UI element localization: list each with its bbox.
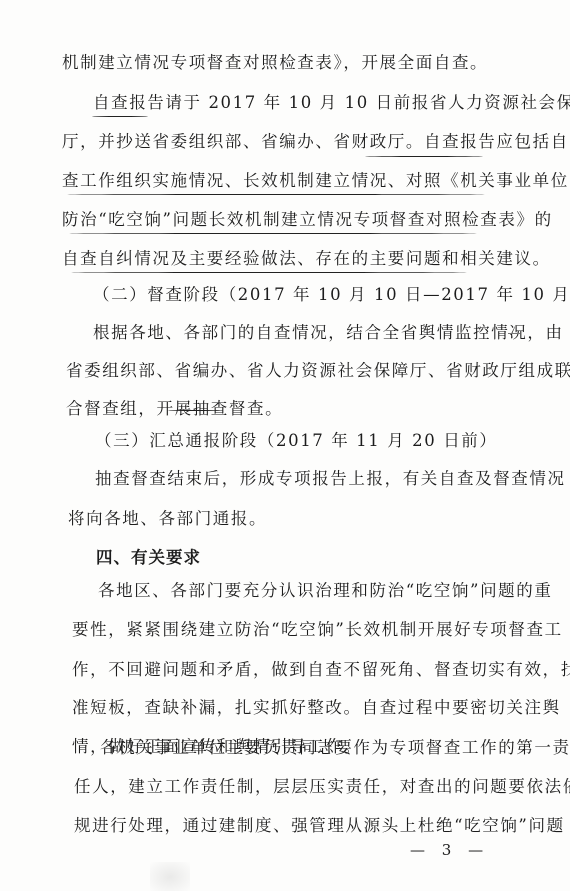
margin-mark [508,333,520,334]
handwritten-underline [66,194,486,195]
handwritten-underline [92,116,148,117]
handwritten-underline [70,272,468,273]
text-line: 自查报告请于 2017 年 10 月 10 日前报省人力资源社会保障 [93,92,570,114]
text-line: 自查自纠情况及主要经验做法、存在的主要问题和相关建议。 [62,248,551,270]
scan-smudge [150,862,190,891]
text-line: 机制建立情况专项督查对照检查表》，开展全面自查。 [62,52,488,74]
text-line: 抽查督查结束后，形成专项报告上报，有关自查及督查情况 [95,468,566,490]
text-line: 规进行处理，通过建制度、强管理从源头上杜绝“吃空饷”问题 [74,815,565,837]
text-line: 作，不回避问题和矛盾，做到自查不留死角、督查切实有效，找 [72,659,570,681]
text-line: 要性，紧紧围绕建立防治“吃空饷”长效机制开展好专项督查工 [72,619,563,641]
handwritten-underline [365,156,483,157]
text-line: 各地区、各部门要充分认识治理和防治“吃空饷”问题的重 [98,580,552,602]
text-line: 各机关事业单位主要负责同志要作为专项督查工作的第一责 [100,737,570,759]
handwritten-underline [168,410,220,411]
text-line: 省委组织部、省编办、省人力资源社会保障厅、省财政厅组成联 [66,360,570,382]
section-title: 四、有关要求 [96,547,201,569]
text-line: 任人，建立工作责任制，层层压实责任，对查出的问题要依法依 [74,776,570,798]
page-number: — 3 — [410,841,489,859]
handwritten-underline [68,233,478,234]
section-heading: （二）督查阶段（2017 年 10 月 10 日—2017 年 10 月 31 … [93,284,570,306]
text-line: 根据各地、各部门的自查情况，结合全省舆情监控情况，由 [93,322,564,344]
text-line: 准短板，查缺补漏，扎实抓好整改。自查过程中要密切关注舆 [72,697,561,719]
text-line: 将向各地、各部门通报。 [68,508,267,530]
text-line: 合督查组，开展抽查督查。 [66,398,283,420]
text-line: 厅，并抄送省委组织部、省编办、省财政厅。自查报告应包括自 [62,131,569,153]
text-line: 查工作组织实施情况、长效机制建立情况、对照《机关事业单位 [62,170,569,192]
text-line: 防治“吃空饷”问题长效机制建立情况专项督查对照检查表》的 [62,209,553,231]
document-page: 机制建立情况专项督查对照检查表》，开展全面自查。 自查报告请于 2017 年 1… [0,0,570,891]
section-heading: （三）汇总通报阶段（2017 年 11 月 20 日前） [95,430,498,452]
